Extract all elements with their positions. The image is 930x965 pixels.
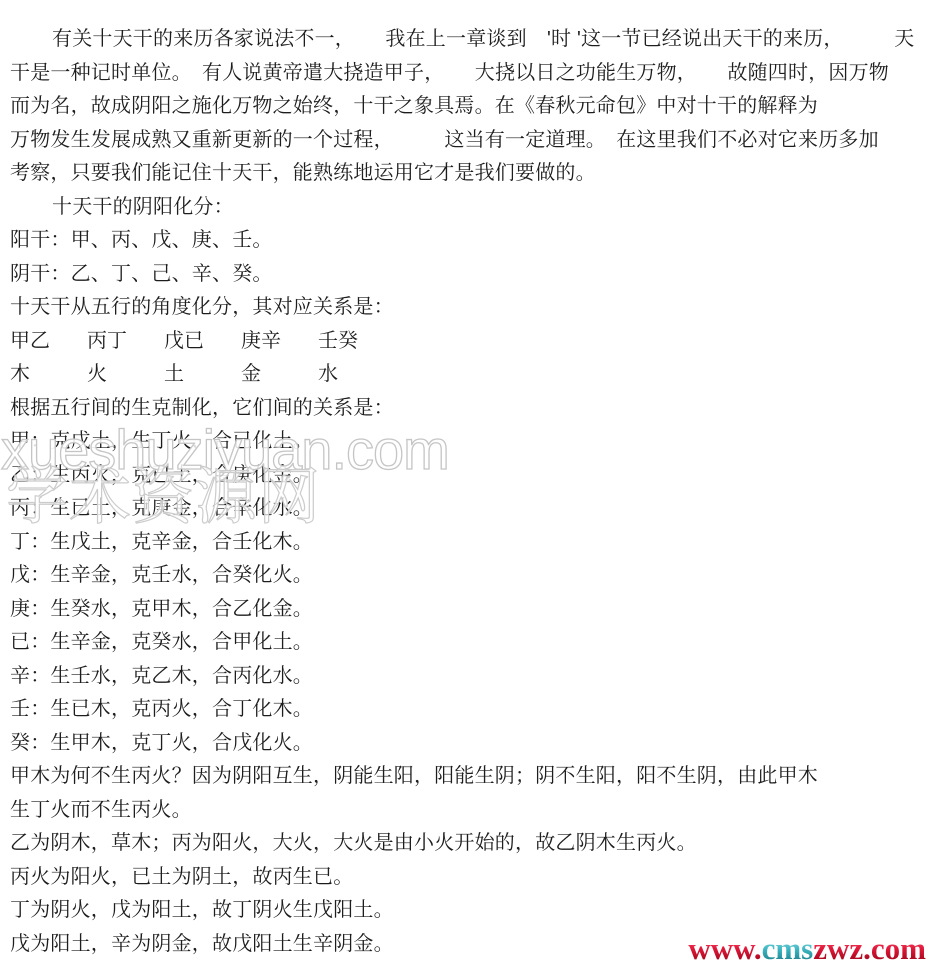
intro-line: 万物发生发展成熟又重新更新的一个过程， 这当有一定道理。 在这里我们不必对它来历… bbox=[10, 124, 922, 158]
footer-url-segment: cms bbox=[762, 931, 814, 965]
footer-url-segment: www. bbox=[688, 931, 761, 965]
relation-line: 丁：生戊土，克辛金，合壬化木。 bbox=[10, 526, 922, 560]
relation-line: 辛：生壬水，克乙木，合丙化水。 bbox=[10, 660, 922, 694]
element-cell: 土 bbox=[164, 358, 241, 392]
intro-line: 有关十天干的来历各家说法不一， 我在上一章谈到 '时 '这一节已经说出天干的来历… bbox=[10, 23, 922, 57]
document-body: 有关十天干的来历各家说法不一， 我在上一章谈到 '时 '这一节已经说出天干的来历… bbox=[10, 23, 922, 961]
relation-line: 庚：生癸水，克甲木，合乙化金。 bbox=[10, 593, 922, 627]
relation-line: 癸：生甲木，克丁火，合戊化火。 bbox=[10, 727, 922, 761]
footer-url-segment: zwz.com bbox=[813, 931, 926, 965]
element-cell: 火 bbox=[87, 358, 164, 392]
five-elements-intro-line: 十天干从五行的角度化分，其对应关系是： bbox=[10, 291, 922, 325]
stem-pair-cell: 庚辛 bbox=[241, 325, 318, 359]
footer-site-url: www.cmszwz.com bbox=[688, 933, 926, 964]
stem-pairs-row: 甲乙 丙丁 戊已 庚辛 壬癸 bbox=[10, 325, 922, 359]
relation-line: 壬：生已木，克丙火，合丁化木。 bbox=[10, 693, 922, 727]
stem-pair-cell: 戊已 bbox=[164, 325, 241, 359]
relation-line: 甲：克戊土，生丁火，合已化土。 bbox=[10, 425, 922, 459]
relation-intro-line: 根据五行间的生克制化，它们间的关系是： bbox=[10, 392, 922, 426]
closing-line: 丁为阴火，戊为阳土，故丁阴火生戊阳土。 bbox=[10, 894, 922, 928]
yang-stems-line: 阳干：甲、丙、戊、庚、壬。 bbox=[10, 224, 922, 258]
stem-pair-cell: 甲乙 bbox=[10, 325, 87, 359]
relation-line: 戊：生辛金，克壬水，合癸化火。 bbox=[10, 559, 922, 593]
intro-line: 而为名，故成阴阳之施化万物之始终，十干之象具焉。在《春秋元命包》中对十干的解释为 bbox=[10, 90, 922, 124]
relation-line: 乙：生丙火，克已土，合庚化金。 bbox=[10, 459, 922, 493]
intro-line: 考察，只要我们能记住十天干，能熟练地运用它才是我们要做的。 bbox=[10, 157, 922, 191]
section-heading: 十天干的阴阳化分： bbox=[10, 191, 922, 225]
element-cell: 水 bbox=[318, 358, 395, 392]
closing-line: 丙火为阳火，已土为阴土，故丙生已。 bbox=[10, 861, 922, 895]
stem-pair-cell: 丙丁 bbox=[87, 325, 164, 359]
closing-line: 乙为阴木，草木；丙为阳火，大火，大火是由小火开始的，故乙阴木生丙火。 bbox=[10, 827, 922, 861]
element-cell: 木 bbox=[10, 358, 87, 392]
relation-line: 丙：生已土，克庚金，合辛化水。 bbox=[10, 492, 922, 526]
elements-row: 木 火 土 金 水 bbox=[10, 358, 922, 392]
stem-pair-cell: 壬癸 bbox=[318, 325, 395, 359]
element-cell: 金 bbox=[241, 358, 318, 392]
closing-line: 生丁火而不生丙火。 bbox=[10, 794, 922, 828]
closing-line: 甲木为何不生丙火？因为阴阳互生，阴能生阳，阳能生阴；阴不生阳，阳不生阴，由此甲木 bbox=[10, 760, 922, 794]
yin-stems-line: 阴干：乙、丁、己、辛、癸。 bbox=[10, 258, 922, 292]
relation-line: 已：生辛金，克癸水，合甲化土。 bbox=[10, 626, 922, 660]
intro-line: 干是一种记时单位。 有人说黄帝遣大挠造甲子， 大挠以日之功能生万物， 故随四时，… bbox=[10, 57, 922, 91]
